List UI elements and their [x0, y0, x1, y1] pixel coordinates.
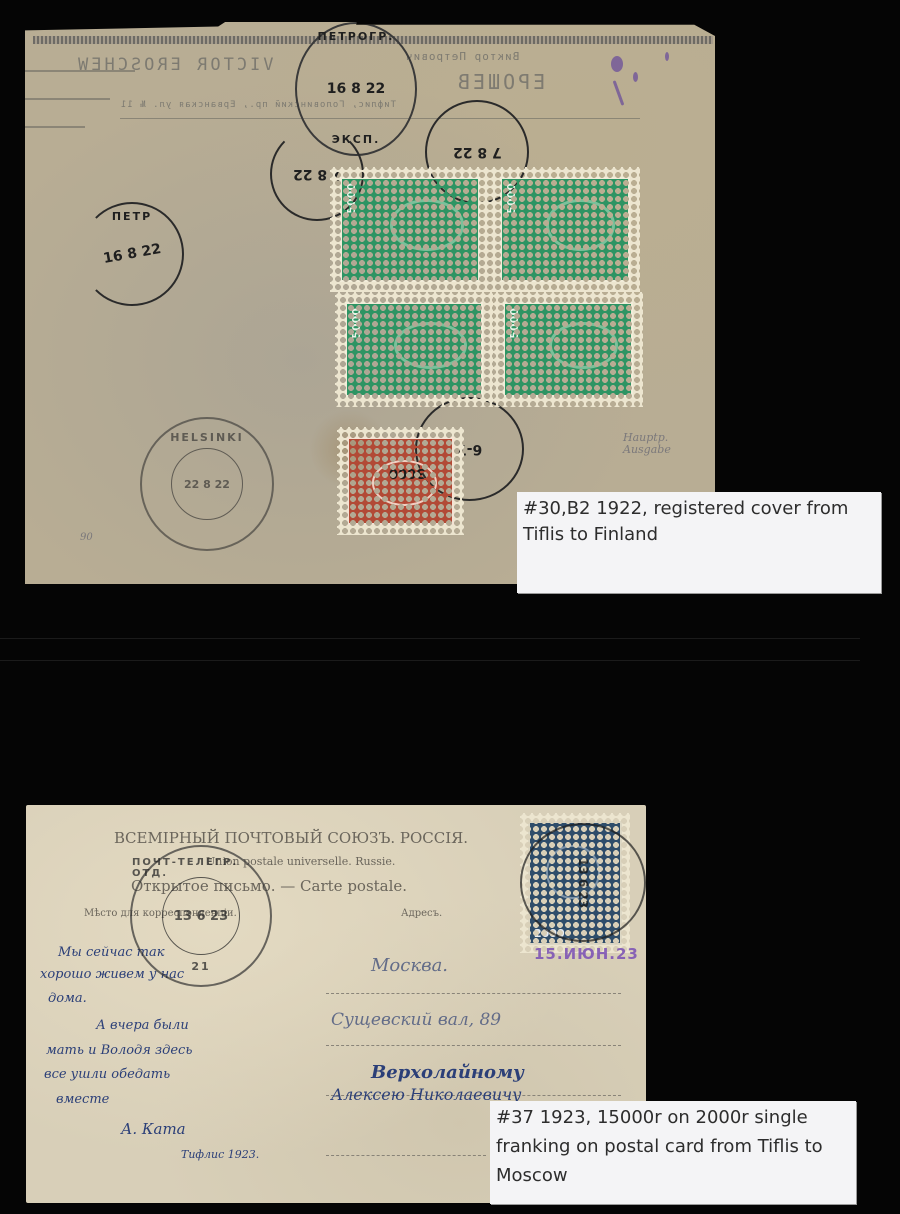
postmark-card-stamp: 13 6 23 — [520, 823, 646, 942]
stamp-green-5000: 5000 — [493, 292, 643, 407]
address-street: Сущевский вал, 89 — [331, 1010, 501, 1030]
message-dateline: Тифлис 1923. — [181, 1148, 259, 1161]
message-signature: А. Ката — [121, 1120, 186, 1138]
printed-rule — [25, 126, 85, 128]
address-line — [326, 1155, 486, 1156]
stamp-red-surcharged: 3000 — [337, 427, 464, 535]
address-label: Адресъ. — [401, 908, 442, 919]
postmark-helsinki: HELSINKI 22 8 22 — [140, 417, 274, 551]
violet-date-handstamp: 15.ИЮН.23 — [534, 945, 639, 963]
pencil-note: Hauptp. Ausgabe — [623, 432, 671, 456]
surcharge-overprint: 3000 — [389, 465, 425, 480]
album-rule — [0, 660, 860, 661]
printed-rule — [25, 98, 110, 100]
address-line — [326, 1045, 621, 1046]
return-address-latin: VICTOR EROSCHEW — [75, 55, 274, 75]
caption-postal-card: #37 1923, 15000r on 2000r single frankin… — [490, 1101, 856, 1204]
stamp-green-5000: 5000 — [330, 167, 490, 292]
address-line — [326, 993, 621, 994]
stamp-green-5000: 5000 — [335, 292, 493, 407]
return-address-cyrillic: ЕРОШЕВ — [455, 70, 545, 94]
message-line: дома. — [48, 991, 87, 1006]
violet-ink-mark — [613, 80, 625, 105]
caption-cover: #30,B2 1922, registered cover from Tifli… — [517, 492, 881, 593]
card-heading-cyrillic: ВСЕМIРНЫЙ ПОЧТОВЫЙ СОЮЗЪ. РОССIЯ. — [114, 829, 468, 847]
return-address-small: Виктор Петрович — [405, 50, 519, 63]
postmark-card-left: ПОЧТ-ТЕЛЕГР. ОТД. 13 6 23 21 — [130, 845, 272, 987]
message-line: все ушли обедать — [44, 1067, 170, 1082]
violet-ink-mark — [611, 56, 623, 72]
violet-ink-mark — [633, 72, 638, 82]
pencil-number: 90 — [80, 532, 93, 544]
message-line: вместе — [56, 1092, 109, 1107]
postmark-left: ПЕТР 16 8 22 — [80, 202, 184, 306]
message-line: мать и Володя здесь — [46, 1043, 192, 1058]
address-recipient-surname: Верхолайному — [371, 1062, 524, 1083]
address-city: Москва. — [371, 955, 448, 976]
message-line: А вчера были — [96, 1018, 189, 1033]
stamp-green-5000: 5000 — [490, 167, 640, 292]
album-rule — [0, 638, 860, 639]
violet-ink-mark — [665, 52, 669, 61]
